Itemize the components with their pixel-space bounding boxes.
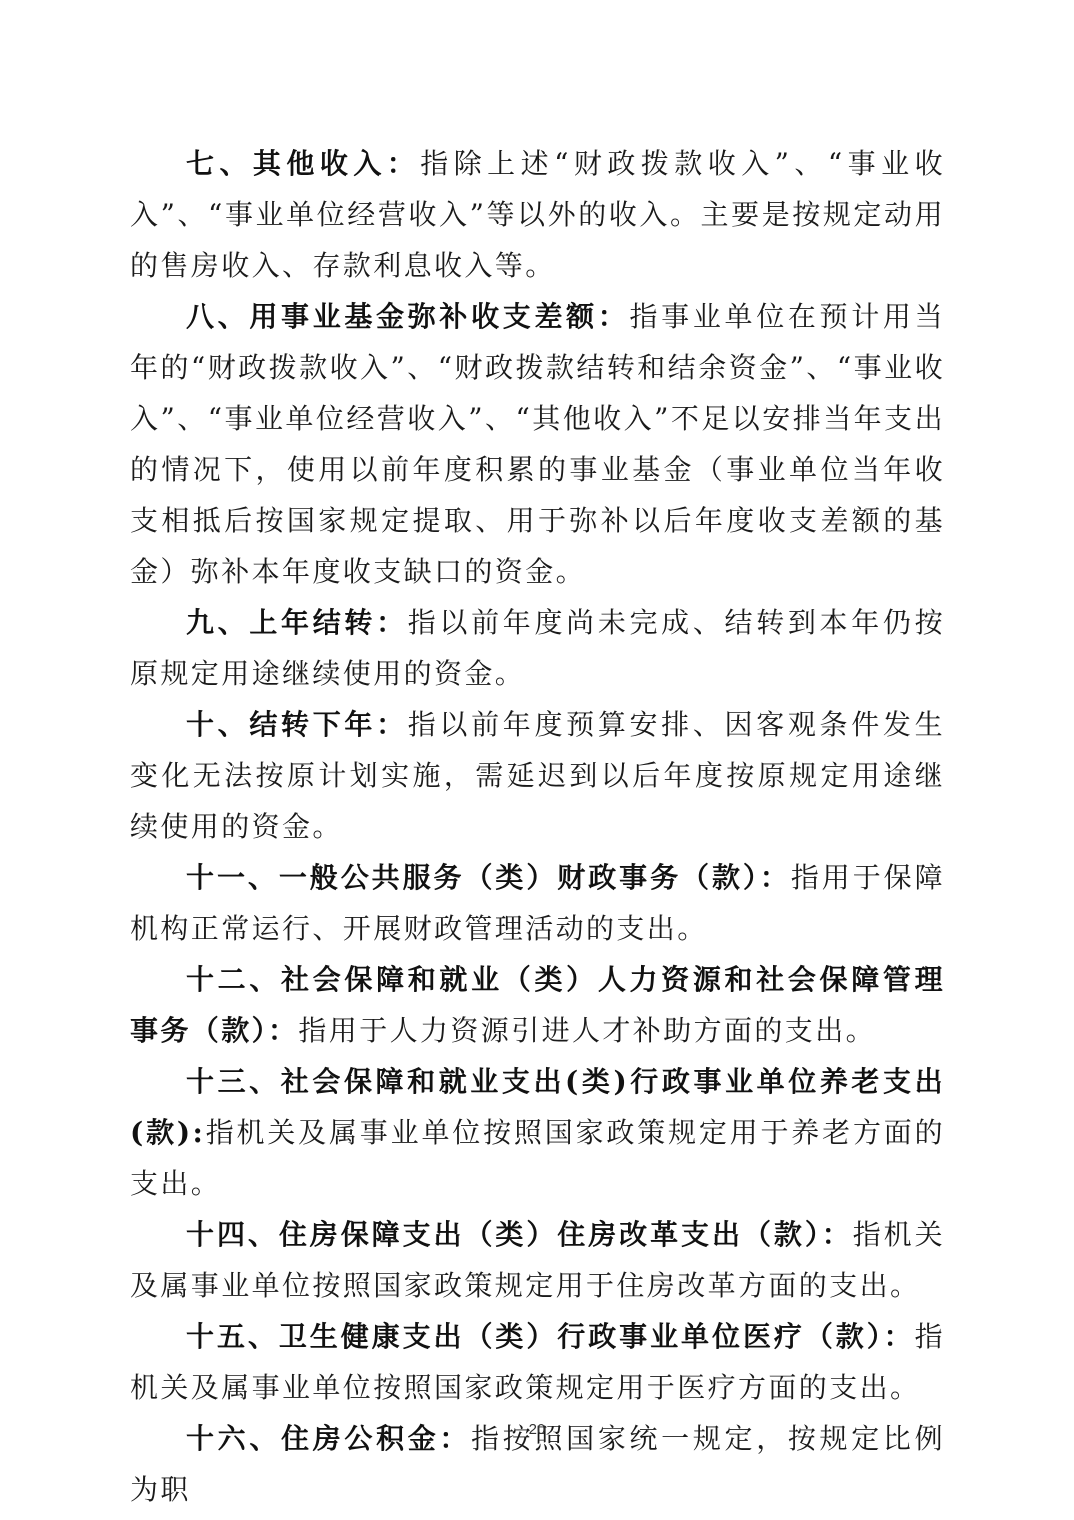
document-page: 七、其他收入：指除上述“财政拨款收入”、“事业收入”、“事业单位经营收入”等以外…: [130, 138, 945, 1515]
term-heading: 十、结转下年：: [186, 708, 408, 741]
term-definition: 指事业单位在预计用当年的“财政拨款收入”、“财政拨款结转和结余资金”、“事业收入…: [130, 300, 945, 588]
term-heading: 十一、一般公共服务（类）财政事务（款）：: [186, 861, 791, 894]
term-definition: 指机关及属事业单位按照国家政策规定用于养老方面的支出。: [130, 1116, 945, 1200]
term-heading: 七、其他收入：: [186, 147, 420, 180]
paragraph-other-income: 七、其他收入：指除上述“财政拨款收入”、“事业收入”、“事业单位经营收入”等以外…: [130, 138, 945, 291]
paragraph-housing-reform: 十四、住房保障支出（类）住房改革支出（款）：指机关及属事业单位按照国家政策规定用…: [130, 1209, 945, 1311]
paragraph-prior-year-carryover: 九、上年结转：指以前年度尚未完成、结转到本年仍按原规定用途继续使用的资金。: [130, 597, 945, 699]
paragraph-fiscal-affairs: 十一、一般公共服务（类）财政事务（款）：指用于保障机构正常运行、开展财政管理活动…: [130, 852, 945, 954]
term-heading: 八、用事业基金弥补收支差额：: [186, 300, 629, 333]
term-heading: 九、上年结转：: [186, 606, 408, 639]
term-definition: 指用于人力资源引进人才补助方面的支出。: [298, 1014, 876, 1047]
paragraph-pension-expenditure: 十三、社会保障和就业支出(类)行政事业单位养老支出(款):指机关及属事业单位按照…: [130, 1056, 945, 1209]
term-heading: 十四、住房保障支出（类）住房改革支出（款）：: [186, 1218, 853, 1251]
paragraph-hr-social-security: 十二、社会保障和就业（类）人力资源和社会保障管理事务（款）：指用于人力资源引进人…: [130, 954, 945, 1056]
term-heading: 十五、卫生健康支出（类）行政事业单位医疗（款）：: [186, 1320, 915, 1353]
paragraph-career-fund-offset: 八、用事业基金弥补收支差额：指事业单位在预计用当年的“财政拨款收入”、“财政拨款…: [130, 291, 945, 597]
paragraph-carry-to-next-year: 十、结转下年：指以前年度预算安排、因客观条件发生变化无法按原计划实施，需延迟到以…: [130, 699, 945, 852]
paragraph-medical-expenditure: 十五、卫生健康支出（类）行政事业单位医疗（款）：指机关及属事业单位按照国家政策规…: [130, 1311, 945, 1413]
page-number: 20: [0, 1421, 1074, 1438]
